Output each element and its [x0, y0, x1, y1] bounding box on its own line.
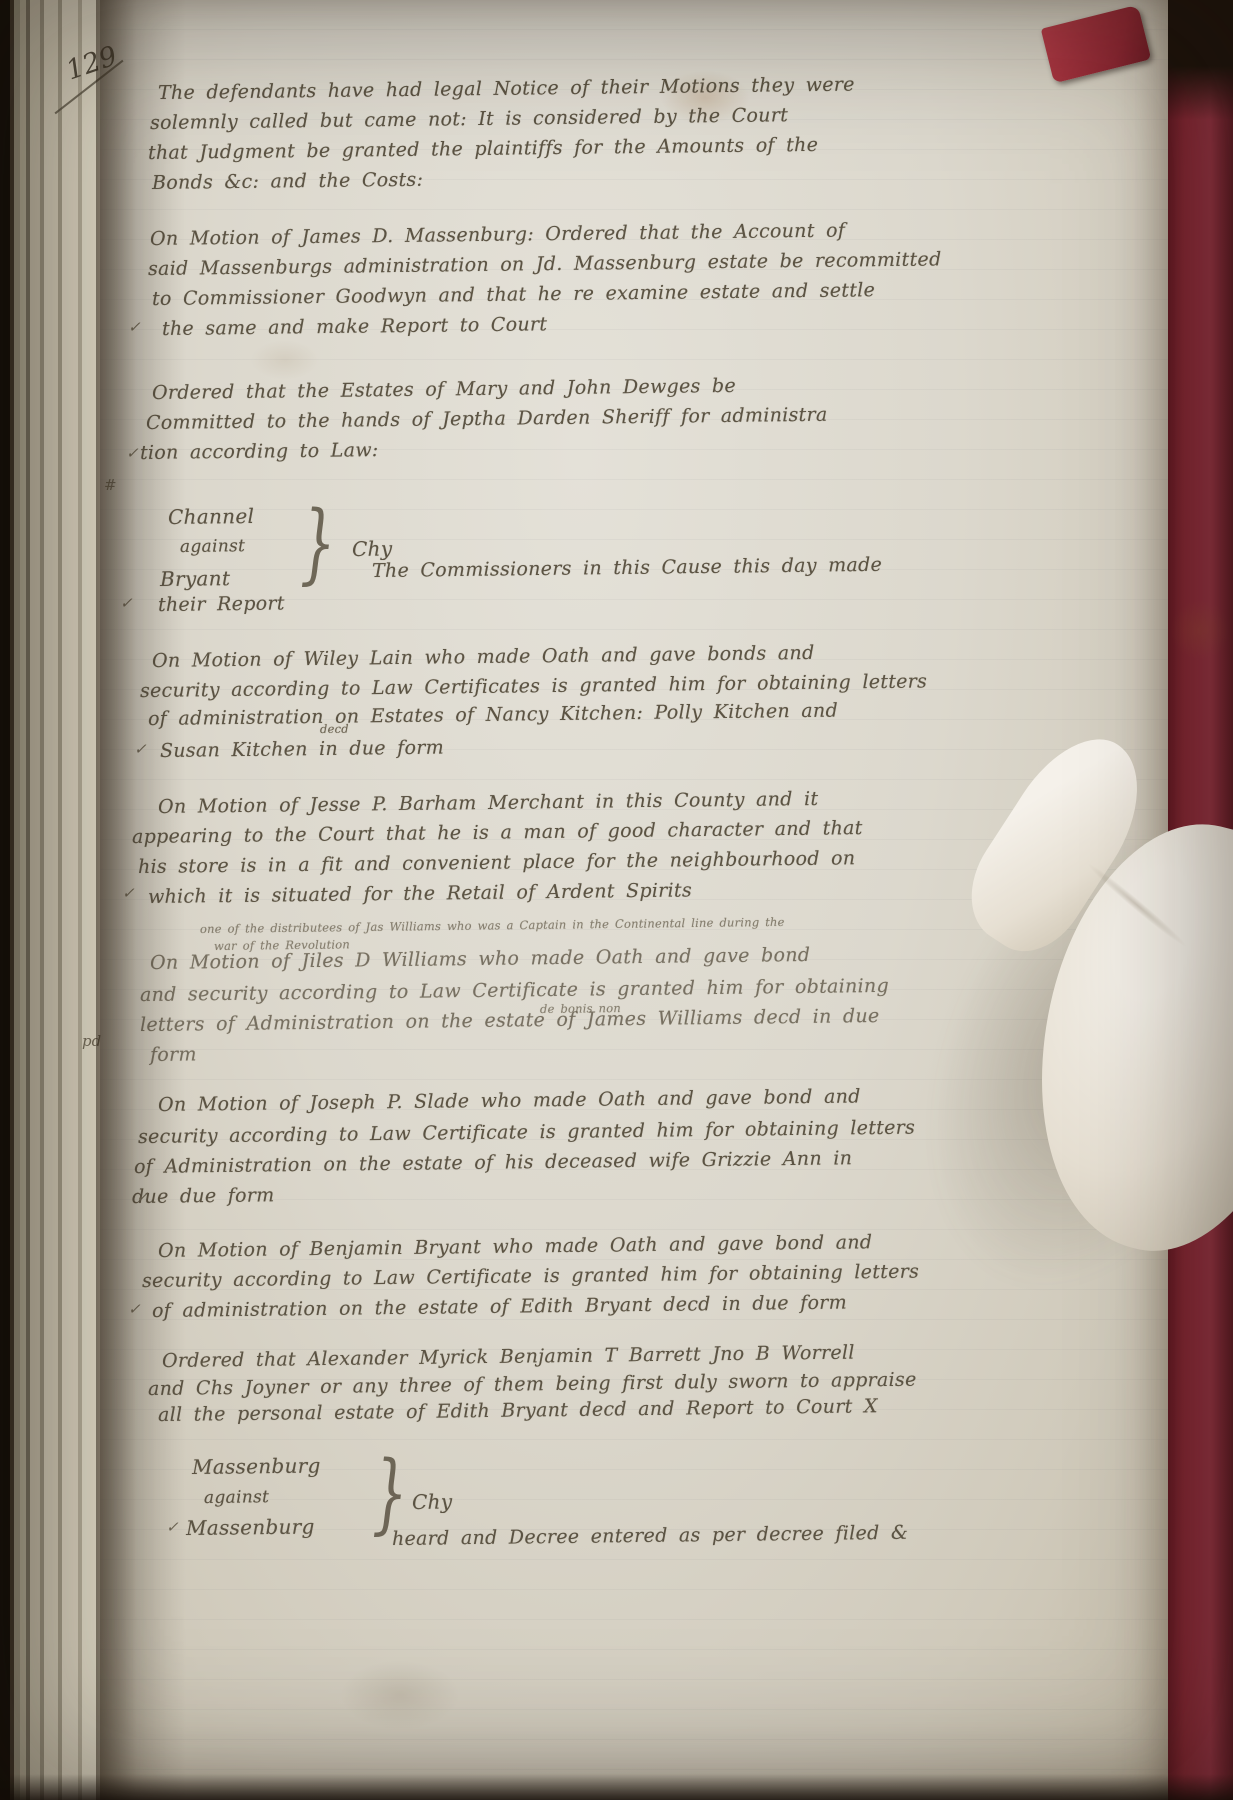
manuscript-line: Bonds &c: and the Costs: — [152, 169, 423, 194]
interlinear-insertion: decd — [320, 722, 349, 736]
cause-plaintiff: Massenburg — [192, 1453, 321, 1479]
chancery-label: Chy — [352, 537, 393, 561]
cause-defendant: Massenburg — [186, 1514, 315, 1540]
manuscript-line: Susan Kitchen in due form — [160, 737, 444, 762]
left-page-edges — [0, 0, 104, 1800]
binding-gutter-shadow — [96, 0, 186, 1800]
manuscript-line: the same and make Report to Court — [162, 313, 548, 340]
cause-versus: against — [180, 536, 245, 557]
cause-brace: } — [300, 494, 336, 595]
cause-versus: against — [204, 1487, 269, 1508]
bottom-edge-shadow — [0, 1774, 1233, 1800]
chancery-label: Chy — [412, 1490, 453, 1514]
photograph-of-court-minute-book: 129 The defendants have had legal Notice… — [0, 0, 1233, 1800]
